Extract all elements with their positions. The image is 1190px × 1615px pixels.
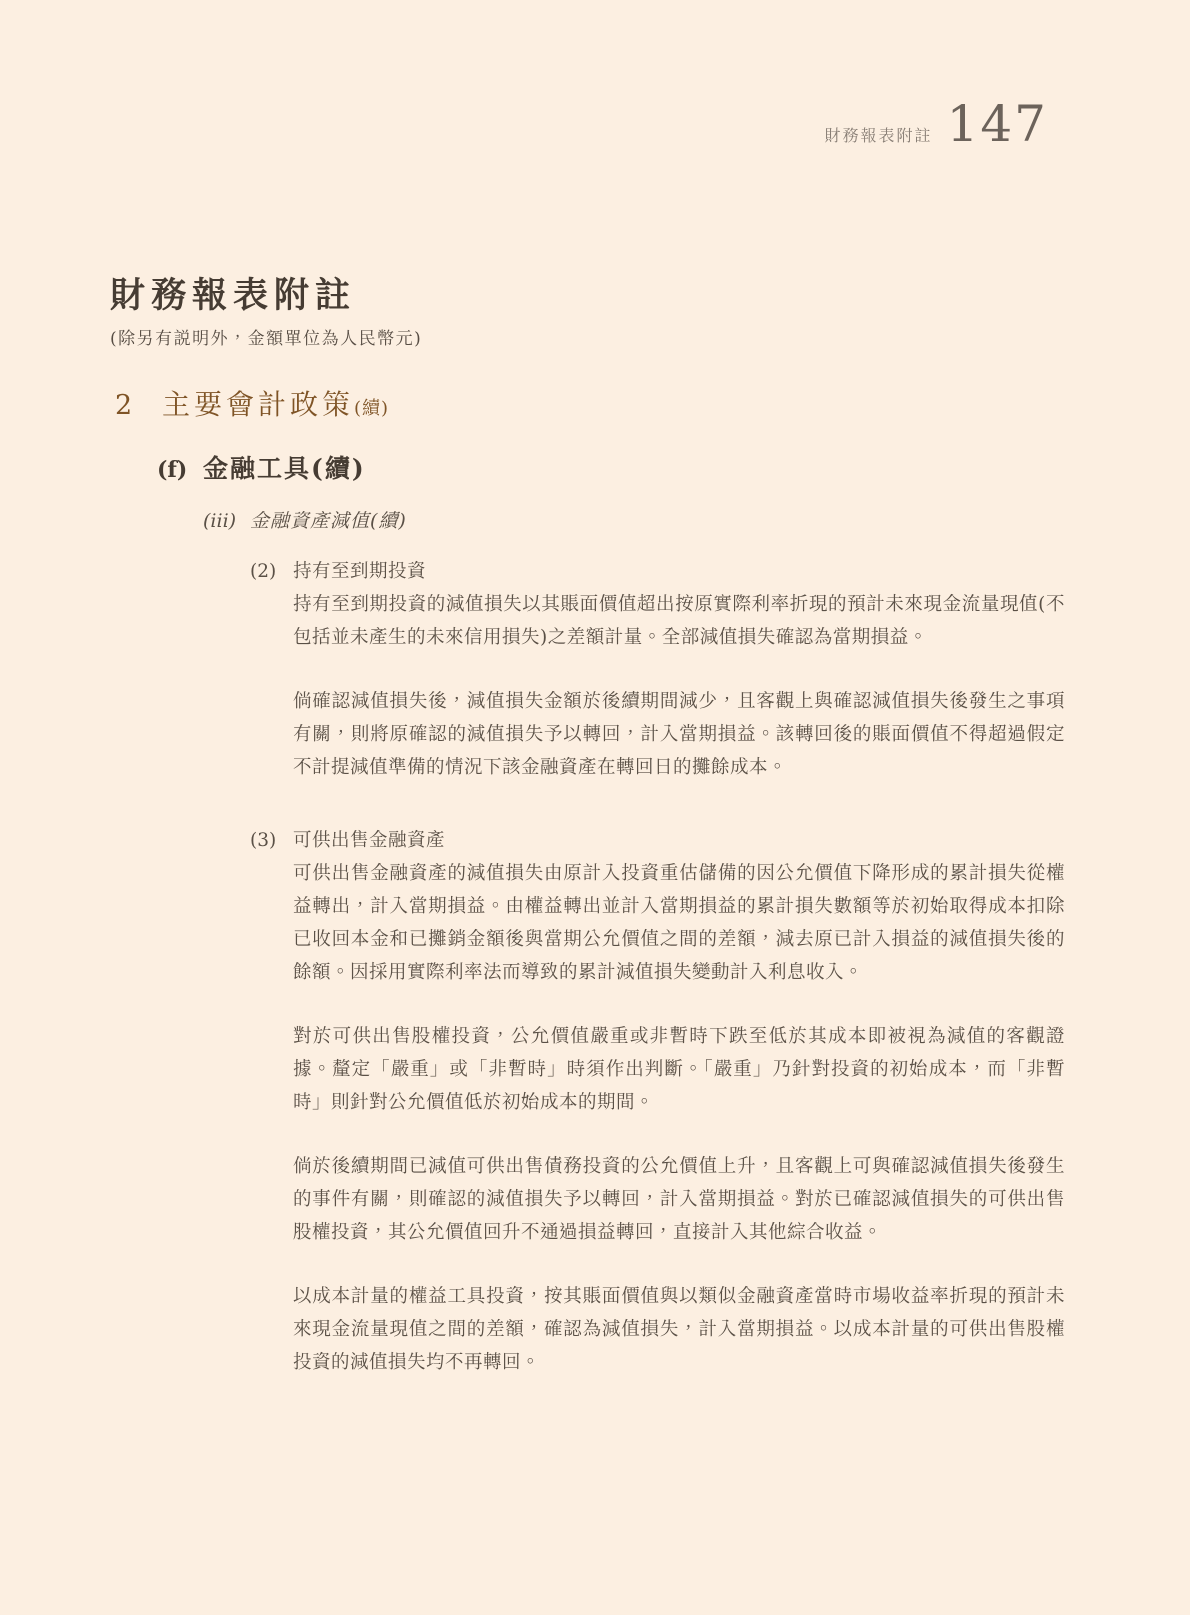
subsection-iii-heading: (iii) 金融資產減值(續) — [203, 506, 1190, 533]
document-subtitle: (除另有説明外，金額單位為人民幣元) — [110, 324, 1190, 349]
section-title-text: 主要會計政策 — [162, 388, 354, 421]
subsection-f-marker: (f) — [157, 457, 203, 483]
item-3-paragraph-2: 對於可供出售股權投資，公允價值嚴重或非暫時下跌至低於其成本即被視為減值的客觀證據… — [293, 1020, 1065, 1119]
subsection-iii-title: 金融資產減值(續) — [250, 506, 407, 533]
section-continued-label: (續) — [354, 398, 389, 419]
notes-content: 財務報表附註 (除另有説明外，金額單位為人民幣元) 2 主要會計政策(續) (f… — [0, 0, 1190, 1379]
item-3-paragraph-4: 以成本計量的權益工具投資，按其賬面價值與以類似金融資產當時市場收益率折現的預計未… — [293, 1280, 1065, 1379]
header-section-label: 財務報表附註 — [825, 123, 933, 146]
item-3-paragraph-3: 倘於後續期間已減值可供出售債務投資的公允價值上升，且客觀上可與確認減值損失後發生… — [293, 1150, 1065, 1249]
item-3-body: 可供出售金融資產 可供出售金融資產的減值損失由原計入投資重估儲備的因公允價值下降… — [293, 824, 1065, 1379]
item-2-paragraph-1: 持有至到期投資的減值損失以其賬面價值超出按原實際利率折現的預計未來現金流量現值(… — [293, 588, 1065, 654]
page-number: 147 — [947, 95, 1048, 153]
item-2-body: 持有至到期投資 持有至到期投資的減值損失以其賬面價值超出按原實際利率折現的預計未… — [293, 555, 1065, 784]
item-3-paragraph-1: 可供出售金融資產的減值損失由原計入投資重估儲備的因公允價值下降形成的累計損失從權… — [293, 857, 1065, 989]
item-3-title: 可供出售金融資產 — [293, 824, 1065, 857]
item-2-held-to-maturity: (2) 持有至到期投資 持有至到期投資的減值損失以其賬面價值超出按原實際利率折現… — [250, 555, 1190, 784]
subsection-f-heading: (f) 金融工具(續) — [157, 449, 1190, 485]
item-2-paragraph-2: 倘確認減值損失後，減值損失金額於後續期間減少，且客觀上與確認減值損失後發生之事項… — [293, 685, 1065, 784]
section-number: 2 — [115, 390, 162, 421]
item-3-available-for-sale: (3) 可供出售金融資產 可供出售金融資產的減值損失由原計入投資重估儲備的因公允… — [250, 824, 1190, 1379]
item-2-title: 持有至到期投資 — [293, 555, 1065, 588]
item-3-marker: (3) — [250, 824, 293, 1379]
section-2-heading: 2 主要會計政策(續) — [115, 383, 1190, 423]
item-2-marker: (2) — [250, 555, 293, 784]
document-title: 財務報表附註 — [110, 276, 1190, 316]
section-title: 主要會計政策(續) — [162, 383, 389, 423]
subsection-f-title: 金融工具(續) — [203, 449, 366, 485]
page-header: 財務報表附註 147 — [825, 95, 1048, 153]
subsection-iii-marker: (iii) — [203, 510, 250, 532]
document-page: 財務報表附註 147 財務報表附註 (除另有説明外，金額單位為人民幣元) 2 主… — [0, 0, 1190, 1615]
